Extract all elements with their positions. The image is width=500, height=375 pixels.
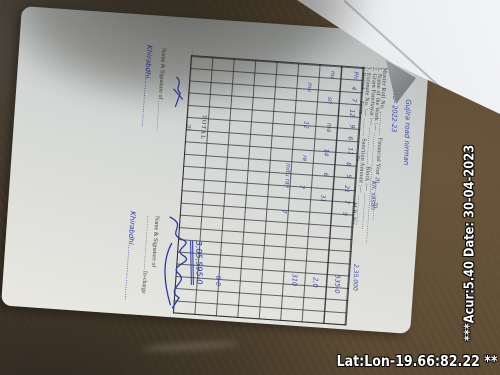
floor-scuff	[142, 339, 238, 353]
handwriting-mark: 7	[298, 185, 305, 189]
handwriting-mark: 11	[347, 147, 354, 155]
handwriting-mark: 8	[345, 162, 352, 166]
handwriting-mark: mu	[306, 82, 313, 92]
handwriting-mark: 12	[348, 109, 355, 117]
handwriting-mark: 9	[341, 212, 348, 216]
handwriting-mark: 2,35,000	[351, 264, 359, 291]
handwriting-mark: ma	[325, 123, 332, 133]
signature-right-handwritten-name: Khirabdhi……………………	[123, 211, 137, 301]
handwriting-mark: 2,0	[311, 277, 319, 288]
handwriting-mark: mitu ray	[283, 163, 291, 189]
handwriting-mark: 12	[302, 121, 309, 129]
handwriting-mark: 7	[280, 210, 287, 214]
handwriting-mark: 6-0	[214, 275, 222, 286]
handwriting-mark: 310	[290, 274, 298, 287]
signature-right-flourish	[155, 214, 198, 312]
handwriting-mark: 21	[343, 185, 350, 193]
signature-left-flourish	[169, 75, 187, 114]
handwriting-mark: 5	[345, 174, 352, 178]
signature-left-handwritten-name: Khirabdhi…………………	[140, 45, 154, 128]
handwriting-mark: nu	[329, 71, 336, 79]
handwriting-mark: 535-0	[333, 275, 342, 294]
handwriting-mark: 6	[346, 136, 353, 140]
handwriting-mark: re	[301, 155, 308, 161]
document-paper-sheet: Muster Roll No. ………… Financial Year 20………	[1, 6, 431, 334]
handwriting-mark: Ph	[352, 71, 359, 79]
handwriting-mark: 31	[319, 194, 326, 202]
signature-left-print-label: Name & Signature of ……………	[155, 48, 167, 131]
handwriting-mark: sri	[326, 97, 333, 105]
handwriting-mark: 6	[322, 173, 329, 177]
handwriting-mark: 4	[350, 86, 357, 90]
handwriting-mark: 7	[343, 200, 350, 204]
gps-latlon-stamp: Lat:Lon-19.66:82.22 **	[336, 352, 497, 370]
handwriting-mark: Kh. sasan	[369, 181, 377, 210]
handwriting-mark: 14	[322, 149, 329, 157]
handwriting-mark: 7	[350, 98, 357, 102]
gps-accuracy-date-stamp: ***Acur:5.40 Date: 30-04-2023	[463, 145, 478, 341]
photo-scene: Muster Roll No. ………… Financial Year 20………	[0, 0, 500, 375]
handwriting-mark: Gujira road nirman	[402, 99, 412, 165]
handwriting-mark: 9	[348, 124, 355, 128]
